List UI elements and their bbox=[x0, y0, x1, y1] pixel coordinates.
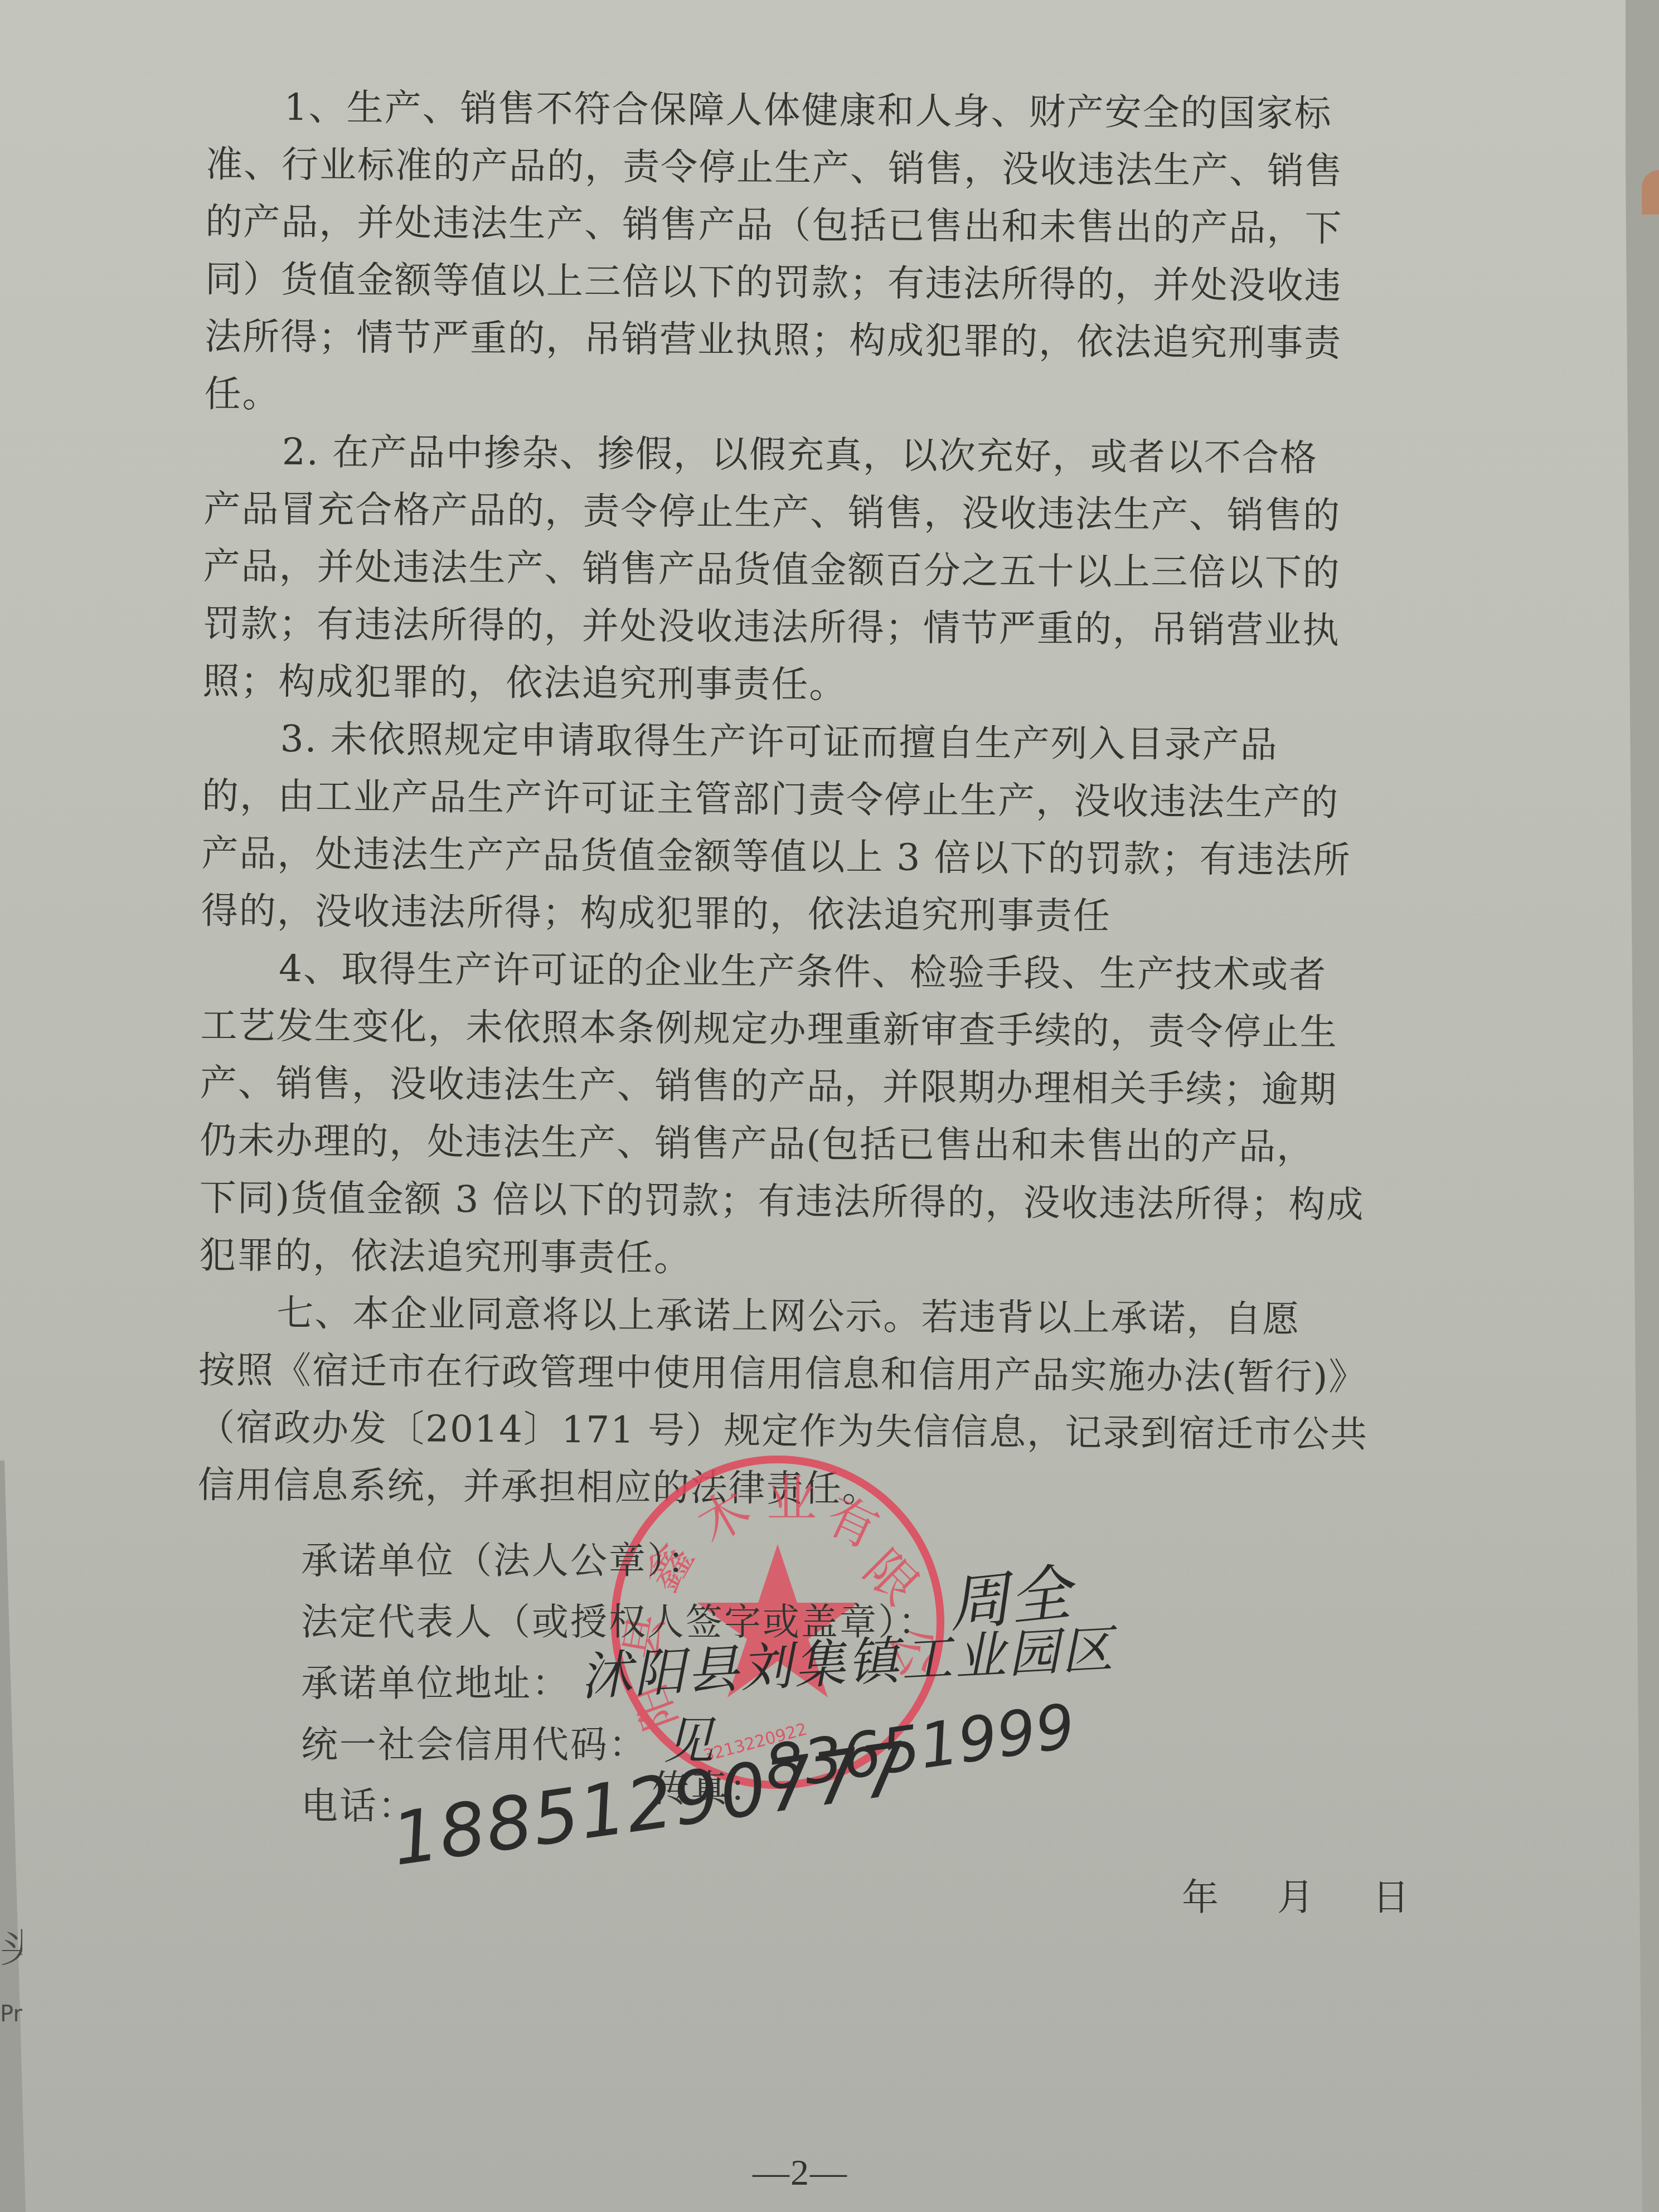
left-neighbor-text-2: Pr bbox=[0, 2001, 22, 2027]
date-year: 年 bbox=[1182, 1867, 1219, 1920]
text-line: 产品冒充合格产品的，责令停止生产、销售，没收违法生产、销售的 bbox=[203, 480, 1414, 545]
text-line: 罚款；有违法所得的，并处没收违法所得；情节严重的，吊销营业执 bbox=[203, 595, 1413, 659]
date-month: 月 bbox=[1277, 1867, 1314, 1920]
text-line: 1、生产、销售不符合保障人体健康和人身、财产安全的国家标 bbox=[206, 78, 1416, 143]
text-line: 同）货值金额等值以上三倍以下的罚款；有违法所得的，并处没收违 bbox=[205, 250, 1415, 315]
date-row: 年 月 日 bbox=[1182, 1867, 1409, 1920]
paragraph-item-3: 3. 未依照规定申请取得生产许可证而擅自生产列入目录产品的，由工业产品生产许可证… bbox=[201, 710, 1412, 947]
text-line: 仍未办理的，处违法生产、销售产品(包括已售出和未售出的产品， bbox=[200, 1112, 1410, 1176]
paragraph-item-1: 1、生产、销售不符合保障人体健康和人身、财产安全的国家标准、行业标准的产品的，责… bbox=[204, 78, 1416, 430]
page-number: —2— bbox=[753, 2152, 848, 2194]
text-line: 产、销售，没收违法生产、销售的产品，并限期办理相关手续；逾期 bbox=[200, 1054, 1410, 1119]
text-line: 按照《宿迁市在行政管理中使用信用信息和信用产品实施办法(暂行)》 bbox=[198, 1341, 1409, 1406]
text-line: 七、本企业同意将以上承诺上网公示。若违背以上承诺，自愿 bbox=[198, 1284, 1409, 1348]
text-line: 准、行业标准的产品的，责令停止生产、销售，没收违法生产、销售 bbox=[206, 135, 1416, 200]
commitment-unit-label: 承诺单位（法人公章）： bbox=[301, 1530, 937, 1592]
text-line: 产品，并处违法生产、销售产品货值金额百分之五十以上三倍以下的 bbox=[203, 537, 1413, 602]
text-line: 法所得；情节严重的，吊销营业执照；构成犯罪的，依法追究刑事责 bbox=[205, 308, 1415, 372]
text-line: 3. 未依照规定申请取得生产许可证而擅自生产列入目录产品 bbox=[202, 710, 1412, 774]
text-line: 得的，没收违法所得；构成犯罪的，依法追究刑事责任 bbox=[201, 882, 1411, 947]
document-body: 1、生产、销售不符合保障人体健康和人身、财产安全的国家标准、行业标准的产品的，责… bbox=[197, 78, 1416, 1521]
date-day: 日 bbox=[1372, 1867, 1409, 1920]
paragraph-item-2: 2. 在产品中掺杂、掺假，以假充真，以次充好，或者以不合格产品冒充合格产品的，责… bbox=[202, 423, 1414, 717]
left-neighbor-text: 头 bbox=[0, 1918, 22, 1974]
paragraph-item-4: 4、取得生产许可证的企业生产条件、检验手段、生产技术或者工艺发生变化，未依照本条… bbox=[199, 939, 1411, 1291]
text-line: 工艺发生变化，未依照本条例规定办理重新审查手续的，责令停止生 bbox=[200, 997, 1410, 1061]
text-line: 的，由工业产品生产许可证主管部门责令停止生产，没收违法生产的 bbox=[202, 767, 1412, 832]
text-line: 的产品，并处违法生产、销售产品（包括已售出和未售出的产品，下 bbox=[205, 193, 1415, 258]
svg-text:业: 业 bbox=[767, 1470, 817, 1529]
text-line: 4、取得生产许可证的企业生产条件、检验手段、生产技术或者 bbox=[201, 939, 1411, 1004]
text-line: 下同)货值金额 3 倍以下的罚款；有违法所得的，没收违法所得；构成 bbox=[199, 1169, 1409, 1234]
text-line: 犯罪的，依法追究刑事责任。 bbox=[199, 1226, 1409, 1291]
text-line: 照；构成犯罪的，依法追究刑事责任。 bbox=[202, 652, 1413, 717]
text-line: 产品，处违法生产产品货值金额等值以上 3 倍以下的罚款；有违法所 bbox=[201, 824, 1411, 889]
text-line: 任。 bbox=[204, 365, 1414, 430]
text-line: 2. 在产品中掺杂、掺假，以假充真，以次充好，或者以不合格 bbox=[204, 423, 1414, 487]
